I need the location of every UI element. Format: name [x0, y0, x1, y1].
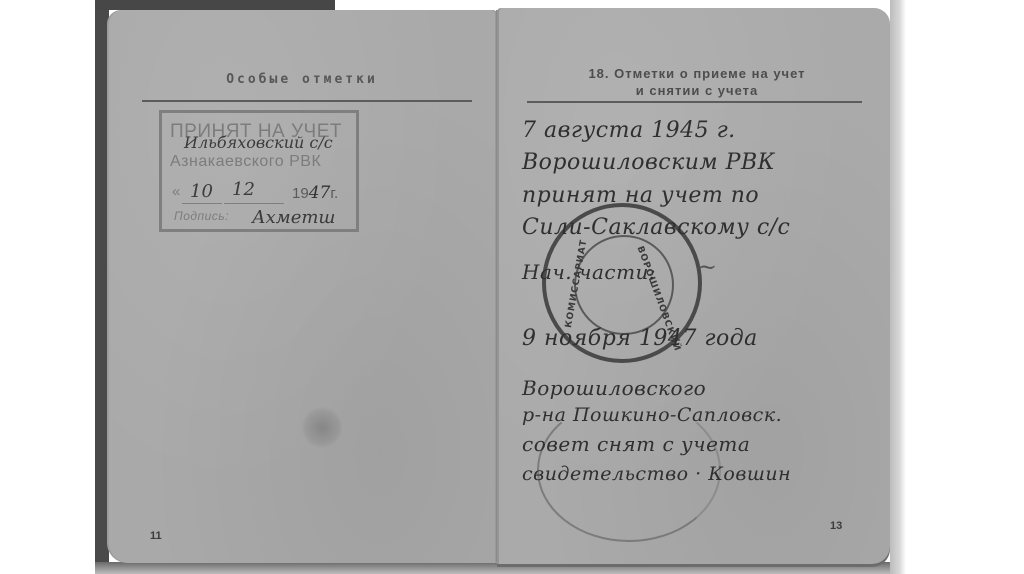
entry1-signature: ~	[697, 253, 717, 281]
page-number-right: 13	[830, 520, 842, 532]
stamp-year-suffix: 47	[309, 183, 331, 203]
stamp-handwritten-unit: Ильбяховский с/с	[184, 133, 333, 152]
entry2-line: совет снят с учета	[522, 432, 750, 456]
date-month-underline	[224, 203, 284, 204]
right-page-heading: 18. Отметки о приеме на учет и снятии с …	[527, 65, 867, 99]
entry1-line: 7 августа 1945 г.	[522, 118, 736, 143]
stamp-date-year: 1947г.	[292, 183, 338, 203]
entry2-line: р-на Пошкино-Сапловск.	[522, 404, 782, 426]
entry2-line: свидетельство · Ковшин	[522, 463, 791, 485]
booklet-cover-edge-top	[95, 0, 335, 10]
left-page-heading: Особые отметки	[107, 72, 497, 87]
entry2-line: Ворошиловского	[522, 376, 706, 400]
entry1-line: Ворошиловским РВК	[522, 150, 775, 175]
booklet-cover-edge-right	[890, 0, 906, 574]
heading-rule	[142, 100, 472, 102]
right-page: 18. Отметки о приеме на учет и снятии с …	[497, 8, 890, 564]
heading-line-1: 18. Отметки о приеме на учет	[527, 65, 867, 82]
stamp-rvk: Азнакаевского РВК	[170, 153, 321, 171]
stamp-signature-label: Подпись:	[174, 209, 229, 223]
stamp-date-month: 12	[232, 179, 255, 200]
stamp-date-quote: «	[172, 183, 181, 200]
heading-line-2: и снятии с учета	[527, 82, 867, 99]
entry1-line: Нач. части:	[522, 260, 656, 284]
date-day-underline	[182, 203, 222, 204]
entry1-line: Сили-Саклавскому с/с	[522, 215, 790, 240]
stamp-date-day: 10	[190, 181, 213, 202]
left-page: Особые отметки ПРИНЯТ НА УЧЕТ Ильбяховск…	[107, 10, 497, 563]
entry2-line: 9 ноября 1947 года	[522, 326, 758, 351]
stamp-signature: Ахметш	[252, 207, 335, 228]
seal-inner-ring	[574, 235, 674, 335]
page-number-left: 11	[150, 530, 162, 542]
registration-stamp: ПРИНЯТ НА УЧЕТ Ильбяховский с/с Азнакаев…	[159, 110, 359, 232]
stamp-year-prefix: 19	[292, 185, 309, 202]
entry1-line: принят на учет по	[522, 183, 759, 208]
stamp-year-g: г.	[330, 185, 338, 202]
heading-rule	[527, 101, 862, 103]
ink-blot	[302, 405, 342, 450]
